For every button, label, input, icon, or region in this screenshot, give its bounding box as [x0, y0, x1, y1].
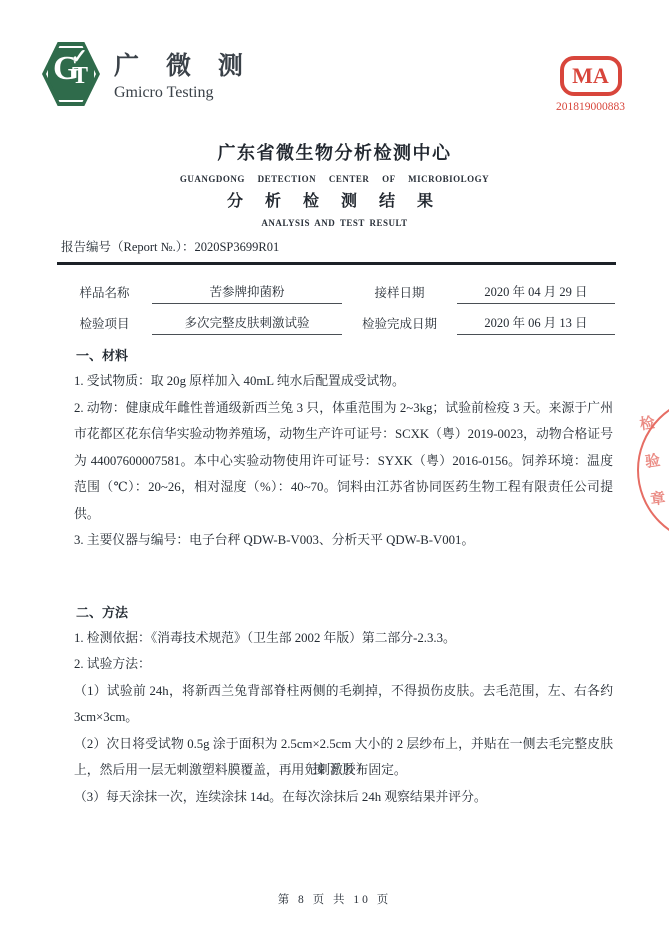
- center-name-cn: 广东省微生物分析检测中心: [0, 139, 669, 165]
- sample-info-table: 样品名称 苦参牌抑菌粉 接样日期 2020 年 04 月 29 日 检验项目 多…: [57, 280, 616, 335]
- methods-item-1: 1. 检测依据：《消毒技术规范》（卫生部 2002 年版）第二部分-2.3.3。: [74, 625, 613, 652]
- report-number-label: 报告编号（Report №.）：: [61, 240, 194, 254]
- cross-page-seal-icon: 检 验 章: [637, 396, 669, 544]
- section-heading-methods: 二、方法: [76, 602, 613, 621]
- document-title-cn: 分 析 检 测 结 果: [0, 188, 669, 211]
- gmicro-hexagon-icon: G T ✓: [42, 42, 100, 106]
- materials-item-1: 1. 受试物质：取 20g 原样加入 40mL 纯水后配置成受试物。: [74, 368, 613, 395]
- methods-step-1: （1）试验前 24h，将新西兰兔背部脊柱两侧的毛剃掉，不得损伤皮肤。去毛范围，左…: [74, 678, 613, 731]
- methods-step-3: （3）每天涂抹一次，连续涂抹 14d。在每次涂抹后 24h 观察结果并评分。: [74, 784, 613, 811]
- materials-item-2: 2. 动物：健康成年雌性普通级新西兰兔 3 只，体重范围为 2~3kg；试验前检…: [74, 395, 613, 528]
- methods-item-2: 2. 试验方法：: [74, 651, 613, 678]
- cma-accreditation: MA 201819000883: [556, 56, 625, 113]
- checkmark-icon: ✓: [71, 44, 88, 69]
- continue-next-page-note: （接下页）: [0, 759, 669, 777]
- test-item-label: 检验项目: [57, 314, 152, 335]
- page-number: 第 8 页 共 10 页: [0, 891, 669, 907]
- page-header: G T ✓ 广 微 测 Gmicro Testing MA 2018190008…: [0, 0, 669, 113]
- report-number-value: 2020SP3699R01: [194, 240, 279, 254]
- report-number-line: 报告编号（Report №.）：2020SP3699R01: [57, 237, 616, 265]
- logo-text: 广 微 测 Gmicro Testing: [114, 46, 253, 102]
- table-row: 检验项目 多次完整皮肤刺激试验 检验完成日期 2020 年 06 月 13 日: [57, 311, 616, 335]
- complete-date-label: 检验完成日期: [342, 314, 457, 335]
- sample-name-label: 样品名称: [57, 283, 152, 304]
- report-body: 一、材料 1. 受试物质：取 20g 原样加入 40mL 纯水后配置成受试物。 …: [60, 345, 613, 810]
- logo-name-en: Gmicro Testing: [114, 84, 253, 102]
- receive-date-value: 2020 年 04 月 29 日: [457, 282, 615, 304]
- receive-date-label: 接样日期: [342, 283, 457, 304]
- title-block: 广东省微生物分析检测中心 GUANGDONG DETECTION CENTER …: [0, 139, 669, 228]
- cma-letters: MA: [572, 63, 609, 89]
- seal-characters: 检 验 章: [638, 411, 666, 509]
- section-heading-materials: 一、材料: [76, 345, 613, 364]
- table-row: 样品名称 苦参牌抑菌粉 接样日期 2020 年 04 月 29 日: [57, 280, 616, 304]
- gmicro-logo: G T ✓ 广 微 测 Gmicro Testing: [42, 42, 253, 106]
- center-name-en: GUANGDONG DETECTION CENTER OF MICROBIOLO…: [0, 174, 669, 184]
- sample-name-value: 苦参牌抑菌粉: [152, 282, 342, 304]
- test-item-value: 多次完整皮肤刺激试验: [152, 313, 342, 335]
- cma-certificate-number: 201819000883: [556, 101, 625, 113]
- complete-date-value: 2020 年 06 月 13 日: [457, 313, 615, 335]
- materials-item-3: 3. 主要仪器与编号：电子台秤 QDW-B-V003、分析天平 QDW-B-V0…: [74, 527, 613, 554]
- logo-name-cn: 广 微 测: [114, 46, 253, 82]
- report-page: G T ✓ 广 微 测 Gmicro Testing MA 2018190008…: [0, 0, 669, 947]
- document-title-en: ANALYSIS AND TEST RESULT: [0, 218, 669, 228]
- cma-badge-icon: MA: [560, 56, 622, 96]
